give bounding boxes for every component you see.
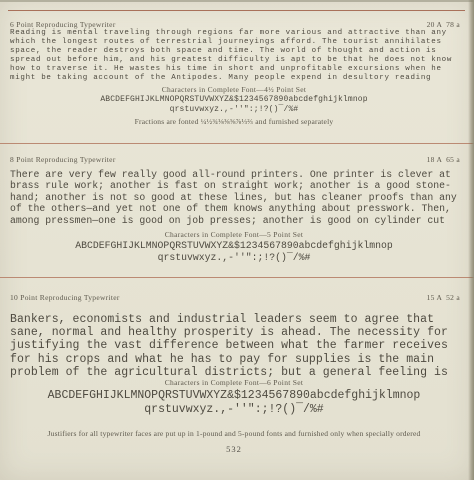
font-count: 15 A 52 a <box>427 293 460 302</box>
page-edge-top <box>0 0 474 2</box>
block-title: 6 Point Reproducing Typewriter <box>10 20 116 29</box>
page-edge-right <box>468 0 474 480</box>
section-rule-1 <box>0 143 474 144</box>
charset-uppercase-line-8pt: ABCDEFGHIJKLMNOPQRSTUVWXYZ&$1234567890ab… <box>0 240 468 251</box>
specimen-header-8pt: 8 Point Reproducing Typewriter 18 A 65 a <box>10 155 460 164</box>
charset-caption-10pt: Characters in Complete Font—6 Point Set <box>0 378 468 387</box>
specimen-header-6pt: 6 Point Reproducing Typewriter 20 A 78 a <box>10 20 460 29</box>
specimen-header-10pt: 10 Point Reproducing Typewriter 15 A 52 … <box>10 293 460 302</box>
block-title: 10 Point Reproducing Typewriter <box>10 293 120 302</box>
specimen-text-6pt: Reading is mental traveling through regi… <box>10 29 466 84</box>
charset-uppercase-line-10pt: ABCDEFGHIJKLMNOPQRSTUVWXYZ&$1234567890ab… <box>0 389 468 402</box>
charset-caption-8pt: Characters in Complete Font—5 Point Set <box>0 230 468 239</box>
block-title: 8 Point Reproducing Typewriter <box>10 155 116 164</box>
charset-uppercase-line-6pt: ABCDEFGHIJKLMNOPQRSTUVWXYZ&$1234567890ab… <box>0 95 468 104</box>
charset-caption-6pt: Characters in Complete Font—4½ Point Set <box>0 85 468 94</box>
specimen-text-8pt: There are very few really good all-round… <box>10 169 466 226</box>
charset-lowercase-line-10pt: qrstuvwxyz.,-''":;!?()¯/%# <box>0 403 468 416</box>
font-count: 18 A 65 a <box>427 155 460 164</box>
page-number: 532 <box>0 444 468 454</box>
charset-lowercase-line-6pt: qrstuvwxyz.,-''":;!?()¯/%# <box>0 105 468 114</box>
section-rule-2 <box>0 277 474 278</box>
top-rule <box>8 10 465 11</box>
charset-lowercase-line-8pt: qrstuvwxyz.,-''":;!?()¯/%# <box>0 252 468 263</box>
fractions-note: Fractions are fonted ¼½¾⅛⅜⅝⅞⅓⅔ and furni… <box>0 117 468 126</box>
specimen-text-10pt: Bankers, economists and industrial leade… <box>10 313 466 379</box>
font-count: 20 A 78 a <box>427 20 460 29</box>
footer-note: Justifiers for all typewriter faces are … <box>0 429 468 438</box>
specimen-page: 6 Point Reproducing Typewriter 20 A 78 a… <box>0 0 474 480</box>
